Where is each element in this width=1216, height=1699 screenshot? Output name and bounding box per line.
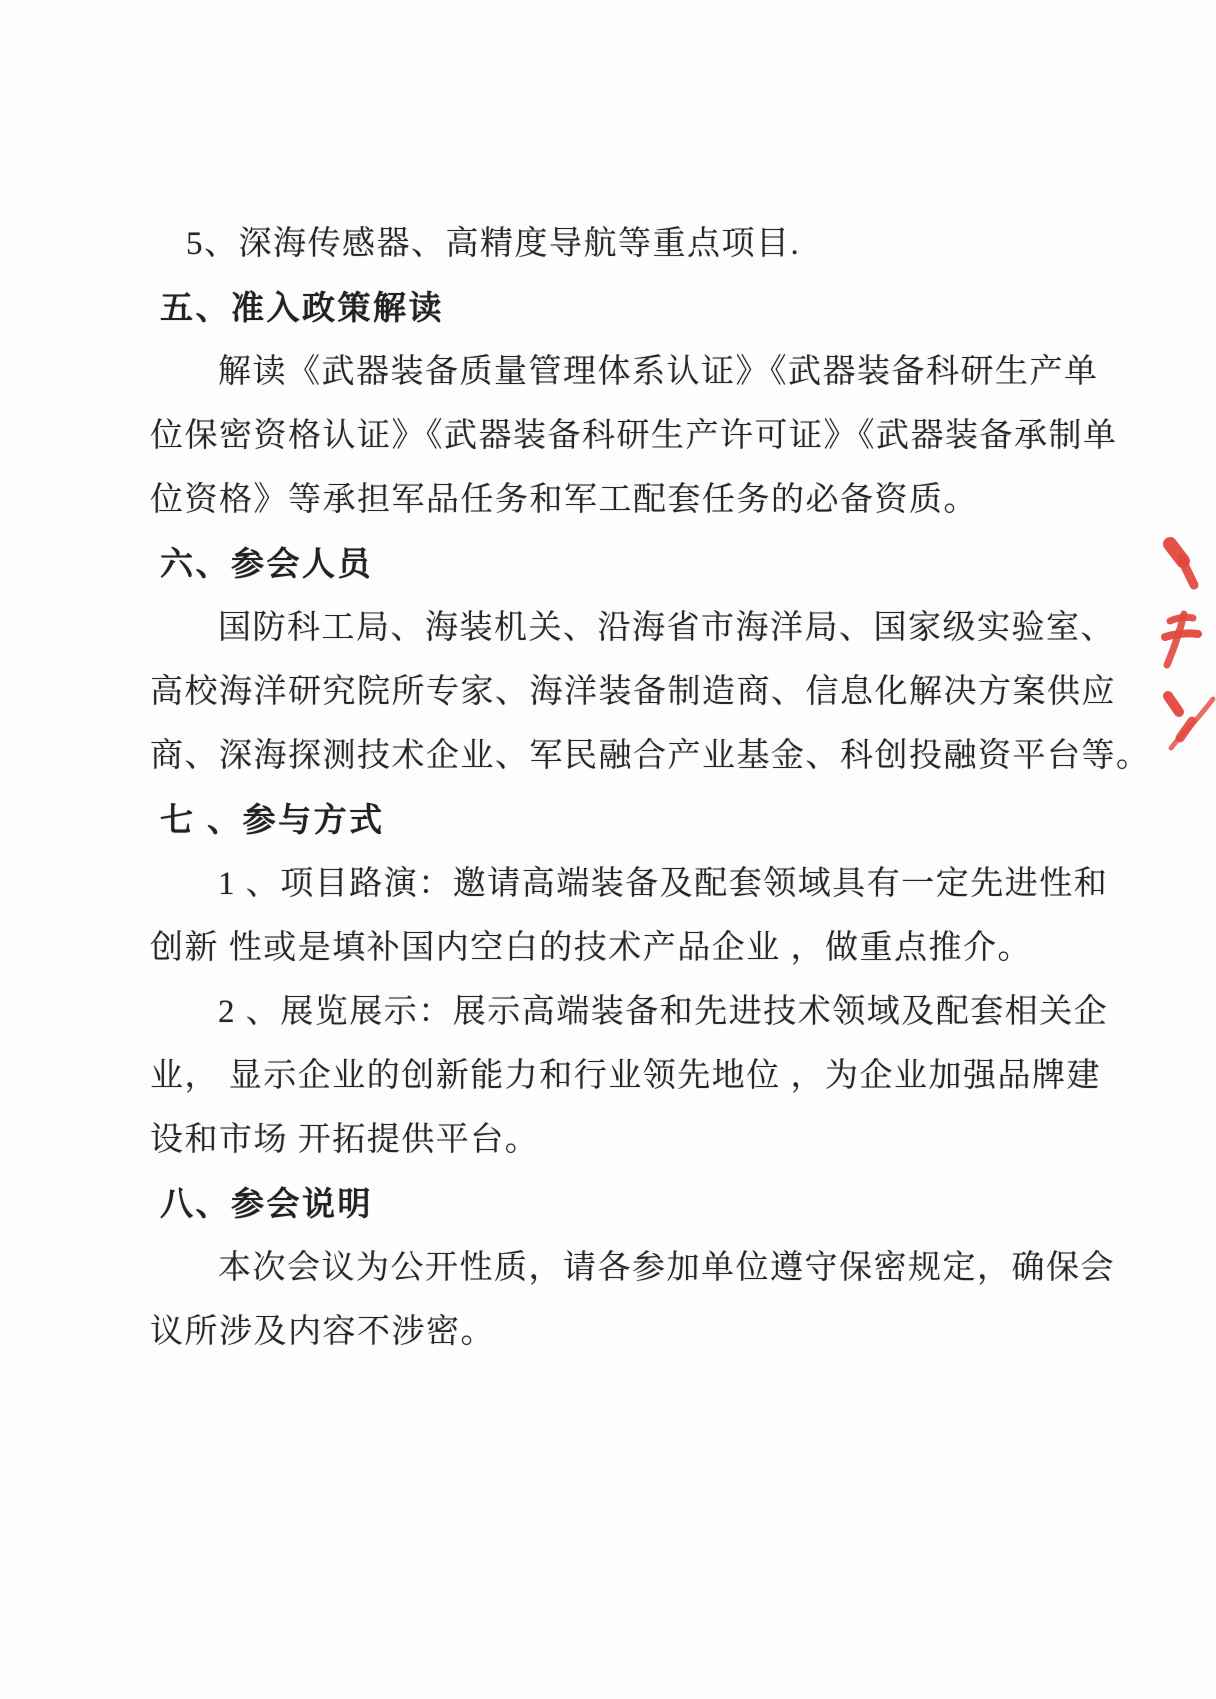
document-page: 5、深海传感器、高精度导航等重点项目. 五、准入政策解读 解读《武器装备质量管理… xyxy=(0,0,1216,1699)
doc-line: 1 、项目路演：邀请高端装备及配套领域具有一定先进性和 xyxy=(0,852,1216,916)
doc-line: 高校海洋研究院所专家、海洋装备制造商、信息化解决方案供应 xyxy=(0,660,1216,724)
document-body: 5、深海传感器、高精度导航等重点项目. 五、准入政策解读 解读《武器装备质量管理… xyxy=(0,212,1216,1364)
doc-line: 国防科工局、海装机关、沿海省市海洋局、国家级实验室、 xyxy=(0,596,1216,660)
doc-line: 业， 显示企业的创新能力和行业领先地位 ，为企业加强品牌建 xyxy=(0,1044,1216,1108)
doc-line: 解读《武器装备质量管理体系认证》《武器装备科研生产单 xyxy=(0,340,1216,404)
section-heading: 七 、参与方式 xyxy=(0,788,1216,852)
doc-line: 创新 性或是填补国内空白的技术产品企业 ，做重点推介。 xyxy=(0,916,1216,980)
section-heading: 八、参会说明 xyxy=(0,1172,1216,1236)
red-stroke-diagonal xyxy=(1170,544,1194,585)
section-heading: 五、准入政策解读 xyxy=(0,276,1216,340)
doc-line: 设和市场 开拓提供平台。 xyxy=(0,1108,1216,1172)
red-stroke-slash xyxy=(1168,696,1213,748)
doc-line: 5、深海传感器、高精度导航等重点项目. xyxy=(0,212,1216,276)
doc-line: 本次会议为公开性质，请各参加单位遵守保密规定，确保会 xyxy=(0,1236,1216,1300)
red-stroke-partial-character xyxy=(1165,614,1198,665)
doc-line: 位保密资格认证》《武器装备科研生产许可证》《武器装备承制单 xyxy=(0,404,1216,468)
doc-line: 位资格》等承担军品任务和军工配套任务的必备资质。 xyxy=(0,468,1216,532)
section-heading: 六、参会人员 xyxy=(0,532,1216,596)
doc-line: 商、深海探测技术企业、军民融合产业基金、科创投融资平台等。 xyxy=(0,724,1216,788)
doc-line: 议所涉及内容不涉密。 xyxy=(0,1300,1216,1364)
doc-line: 2 、展览展示：展示高端装备和先进技术领域及配套相关企 xyxy=(0,980,1216,1044)
red-annotation-strokes xyxy=(1150,530,1216,765)
